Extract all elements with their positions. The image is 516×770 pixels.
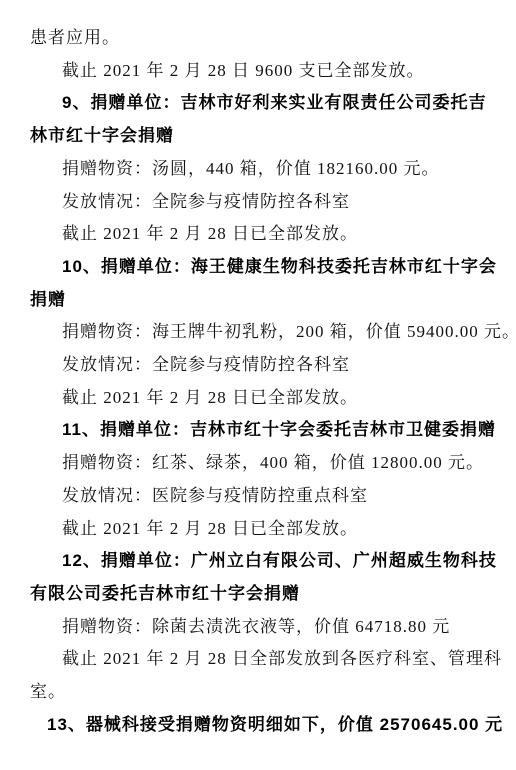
heading-item12-line1: 12、捐赠单位：广州立白有限公司、广州超威生物科技 [30, 545, 490, 578]
para-item10-deadline: 截止 2021 年 2 月 28 日已全部发放。 [30, 382, 490, 415]
heading-item10-line2: 捐赠 [30, 284, 490, 317]
para-item12-deadline-line2: 室。 [30, 676, 490, 709]
para-item9-goods: 捐赠物资：汤圆，440 箱，价值 182160.00 元。 [30, 153, 490, 186]
heading-item9-line1: 9、捐赠单位：吉林市好利来实业有限责任公司委托吉 [30, 87, 490, 120]
para-item12-deadline-line1: 截止 2021 年 2 月 28 日全部发放到各医疗科室、管理科 [30, 643, 490, 676]
para-item9-distribution: 发放情况：全院参与疫情防控各科室 [30, 186, 490, 219]
para-item10-distribution: 发放情况：全院参与疫情防控各科室 [30, 349, 490, 382]
para-item11-distribution: 发放情况：医院参与疫情防控重点科室 [30, 480, 490, 513]
heading-item11: 11、捐赠单位：吉林市红十字会委托吉林市卫健委捐赠 [30, 414, 490, 447]
heading-item9-line2: 林市红十字会捐赠 [30, 120, 490, 153]
para-item12-goods: 捐赠物资：除菌去渍洗衣液等，价值 64718.80 元 [30, 611, 490, 644]
para-patients-use: 患者应用。 [30, 22, 490, 55]
para-item9-deadline: 截止 2021 年 2 月 28 日已全部发放。 [30, 218, 490, 251]
para-item11-deadline: 截止 2021 年 2 月 28 日已全部发放。 [30, 513, 490, 546]
heading-item12-line2: 有限公司委托吉林市红十字会捐赠 [30, 578, 490, 611]
para-item8-deadline: 截止 2021 年 2 月 28 日 9600 支已全部发放。 [30, 55, 490, 88]
para-item10-goods: 捐赠物资：海王牌牛初乳粉，200 箱，价值 59400.00 元。 [30, 316, 490, 349]
document-page: 患者应用。 截止 2021 年 2 月 28 日 9600 支已全部发放。 9、… [0, 0, 516, 770]
heading-item10-line1: 10、捐赠单位：海王健康生物科技委托吉林市红十字会 [30, 251, 490, 284]
heading-item13: 13、器械科接受捐赠物资明细如下，价值 2570645.00 元 [30, 709, 490, 742]
para-item11-goods: 捐赠物资：红茶、绿茶，400 箱，价值 12800.00 元。 [30, 447, 490, 480]
